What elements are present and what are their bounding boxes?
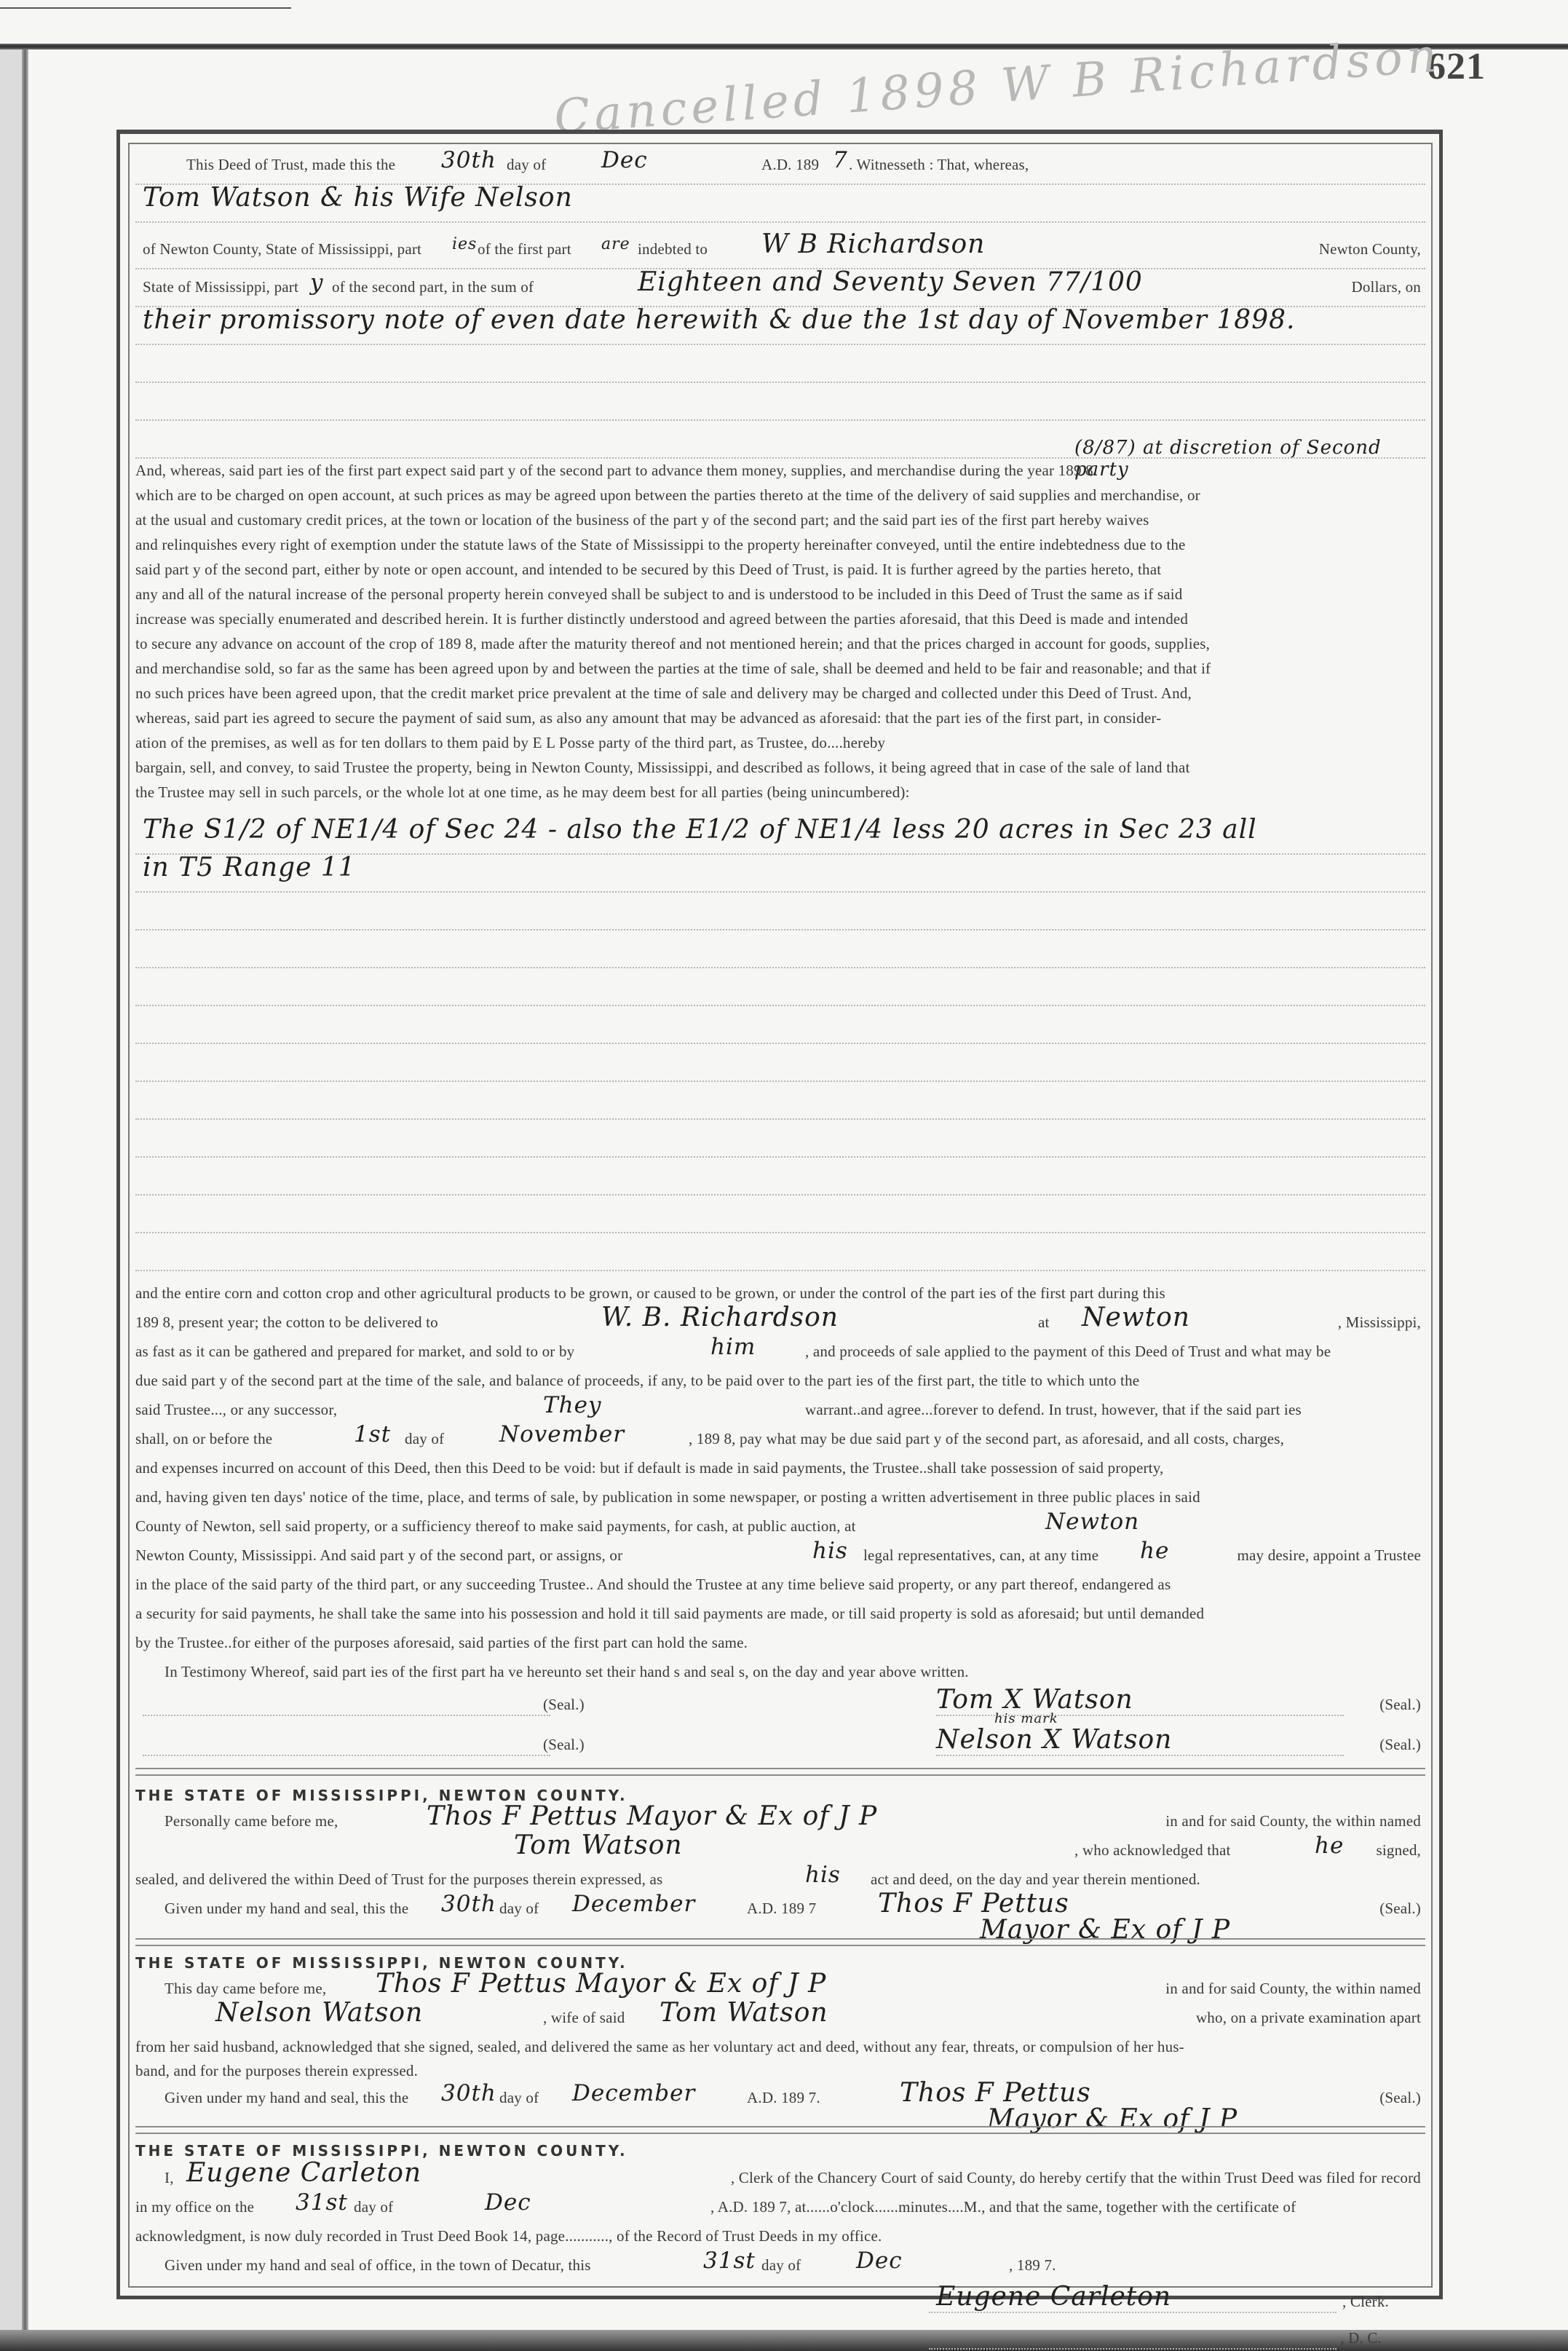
blank-line [135, 1156, 1425, 1196]
blank-line [135, 891, 1425, 930]
blank-line [135, 967, 1425, 1006]
grantors-names: Tom Watson & his Wife Nelson [143, 179, 573, 217]
ack2-husband: Tom Watson [660, 1994, 828, 2032]
grantors-line: Tom Watson & his Wife Nelson [135, 183, 1425, 223]
seal-label: (Seal.) [1379, 1726, 1421, 1763]
seal-label: (Seal.) [543, 1726, 585, 1763]
scan-left-margin [0, 50, 22, 2350]
creditor-name: W B Richardson [761, 226, 985, 264]
signature-row-2: (Seal.) Nelson X Watson (Seal.) [135, 1726, 1425, 1763]
blank-line [135, 1043, 1425, 1082]
blank-line [135, 929, 1425, 968]
delivery-place: Newton [1082, 1299, 1190, 1337]
deed-month: Dec [601, 141, 648, 179]
clerk-signature-line: Eugene Carleton , Clerk. [135, 2283, 1425, 2320]
blank-line [135, 1232, 1425, 1271]
promissory-note-text: their promissory note of even date herew… [143, 301, 1295, 339]
blank-line [135, 344, 1425, 383]
ack1-given-line: Given under my hand and seal, this the 3… [135, 1889, 1425, 1927]
blank-line [135, 1194, 1425, 1233]
property-description-cont: in T5 Range 11 [143, 849, 356, 887]
deputy-clerk-line: , D. C. [135, 2319, 1425, 2351]
promissory-note-line: their promissory note of even date herew… [135, 306, 1425, 345]
paragraph-line: the Trustee may sell in such parcels, or… [135, 773, 1425, 811]
seal-label: (Seal.) [543, 1686, 585, 1723]
sum-amount: Eighteen and Seventy Seven 77/100 [638, 264, 1143, 301]
seal-label: (Seal.) [1379, 1686, 1421, 1723]
property-line: in T5 Range 11 [135, 853, 1425, 893]
blank-line [135, 382, 1425, 421]
clerk-given-line: Given under my hand and seal of office, … [135, 2246, 1425, 2284]
blank-line [135, 1005, 1425, 1044]
ack2-wife: Nelson Watson [215, 1994, 423, 2032]
scan-artifact-line [0, 7, 291, 9]
book-binding-edge [22, 50, 28, 2350]
ack1-person: Tom Watson [514, 1827, 683, 1865]
signature-row-1: (Seal.) Tom X Watson (Seal.) [135, 1686, 1425, 1723]
blank-line [135, 1118, 1425, 1158]
property-description: The S1/2 of NE1/4 of Sec 24 - also the E… [143, 811, 1257, 849]
section-divider [135, 1768, 1425, 1776]
blank-line [135, 1080, 1425, 1120]
deed-day: 30th [441, 141, 496, 179]
deed-year-digit: 7 [833, 141, 848, 179]
